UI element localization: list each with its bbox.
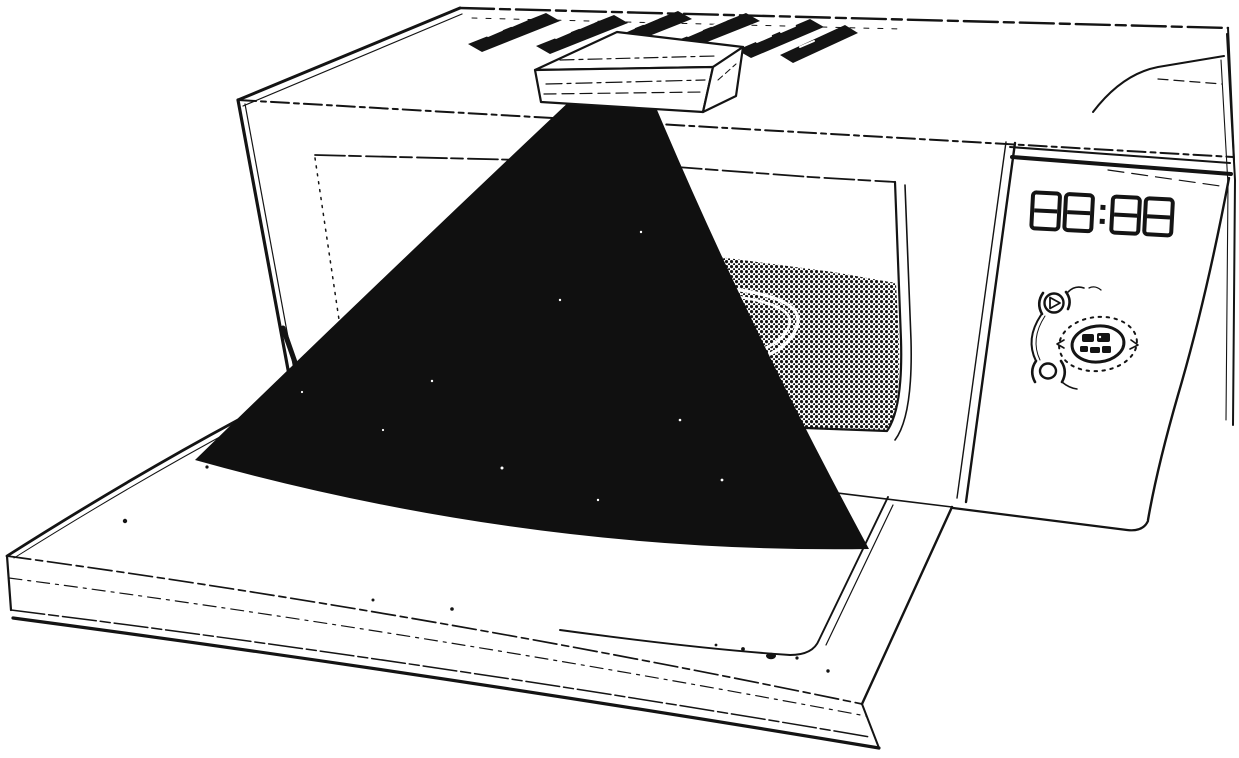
microwave-illustration <box>0 0 1239 758</box>
dial-left-arrow-icon <box>1057 340 1064 348</box>
illustration-canvas <box>0 0 1239 758</box>
top-right-bevel <box>1093 56 1224 112</box>
display-digit-midbar <box>1034 210 1057 211</box>
dial-inner-ring <box>1070 323 1125 364</box>
seven-segment-display <box>1031 192 1173 235</box>
rotary-dial <box>1032 287 1140 389</box>
dial-knob <box>1080 333 1111 353</box>
display-digit-midbar <box>1067 212 1090 213</box>
display-colon-dot <box>1100 205 1105 210</box>
display-colon-dot <box>1100 219 1105 224</box>
control-panel <box>1031 192 1173 389</box>
display-digit-midbar <box>1147 216 1170 217</box>
panel-top-edge <box>1010 147 1231 186</box>
panel-divider <box>957 142 1015 502</box>
dial-outer-ring <box>1056 313 1139 375</box>
dial-arc <box>1032 315 1045 361</box>
display-digit-midbar <box>1114 215 1137 216</box>
stop-circle-icon <box>1032 361 1077 389</box>
start-play-icon <box>1039 287 1101 314</box>
